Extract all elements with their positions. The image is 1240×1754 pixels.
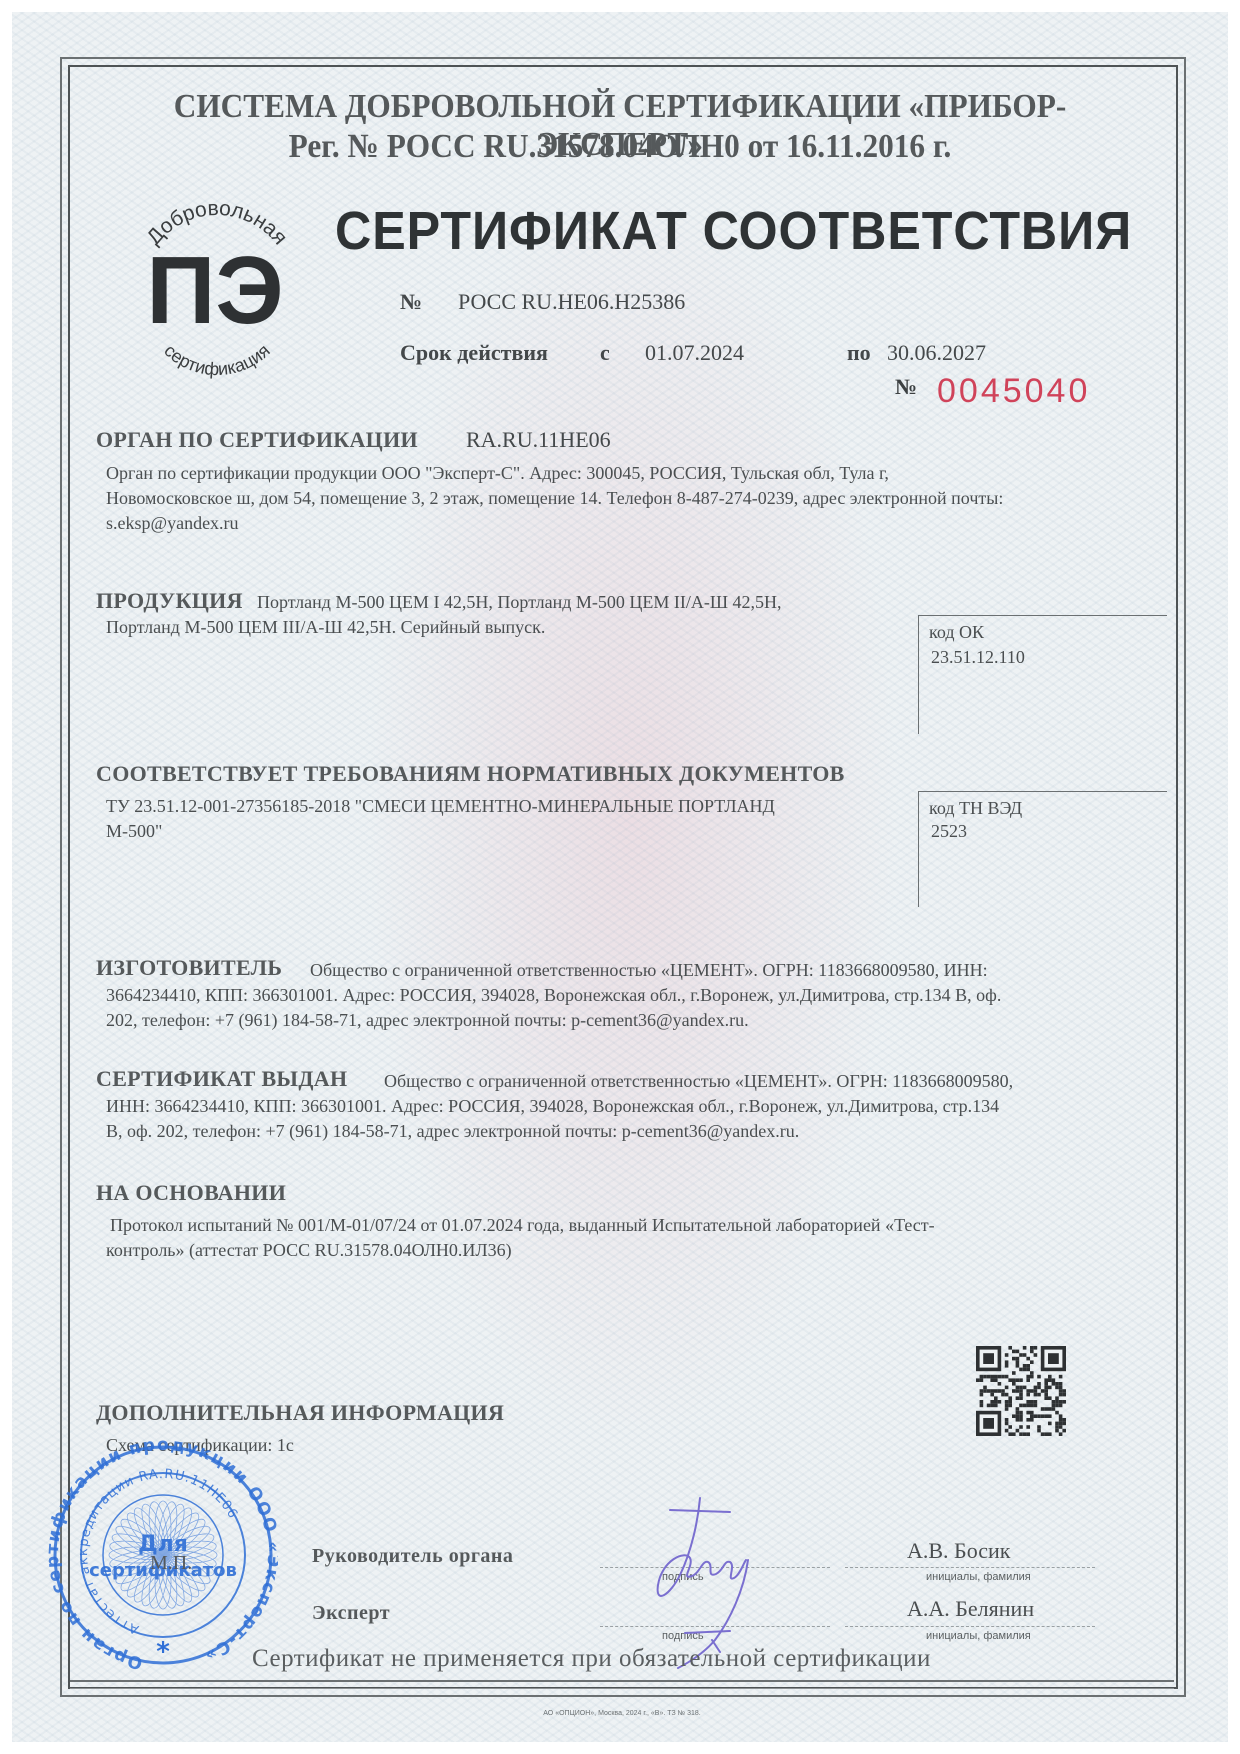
manufacturer-line-1: Общество с ограниченной ответственностью… xyxy=(310,958,988,983)
issued-to-line-1: Общество с ограниченной ответственностью… xyxy=(384,1069,1013,1094)
system-registration: Рег. № РОСС RU.31578.04ОЛН0 от 16.11.201… xyxy=(114,128,1126,166)
head-name-caption: инициалы, фамилия xyxy=(926,1571,1031,1583)
certification-body-code: RA.RU.11НЕ06 xyxy=(466,427,611,453)
okpd-code-value: 23.51.12.110 xyxy=(919,643,1167,668)
certification-body-heading: ОРГАН ПО СЕРТИФИКАЦИИ xyxy=(96,427,418,453)
basis-heading: НА ОСНОВАНИИ xyxy=(96,1180,286,1206)
product-heading: ПРОДУКЦИЯ xyxy=(96,588,243,614)
expert-label: Эксперт xyxy=(312,1602,390,1625)
pe-logo: Добровольная ПЭ сертификация xyxy=(130,195,300,395)
expert-name-caption: инициалы, фамилия xyxy=(926,1630,1031,1642)
product-line-1: Портланд М-500 ЦЕМ I 42,5Н, Портланд М-5… xyxy=(257,590,782,615)
certification-body-line-2: Новомосковское ш, дом 54, помещение 3, 2… xyxy=(106,486,1003,511)
okpd-code-label: код ОК xyxy=(919,616,1167,643)
serial-number-label: № xyxy=(895,374,917,400)
validity-label: Срок действия xyxy=(400,340,548,366)
basis-line-2: контроль» (аттестат РОСС RU.31578.04ОЛН0… xyxy=(106,1238,512,1263)
issued-to-line-3: В, оф. 202, телефон: +7 (961) 184-58-71,… xyxy=(106,1119,799,1144)
tnved-code-value: 2523 xyxy=(919,819,1167,842)
logo-mark: ПЭ xyxy=(146,237,283,344)
additional-info-heading: ДОПОЛНИТЕЛЬНАЯ ИНФОРМАЦИЯ xyxy=(96,1400,504,1426)
okpd-code-box: код ОК 23.51.12.110 xyxy=(918,615,1167,734)
valid-to-date: 30.06.2027 xyxy=(887,340,986,366)
serial-number: 0045040 xyxy=(937,372,1090,411)
certificate-title: СЕРТИФИКАТ СООТВЕТСТВИЯ xyxy=(335,200,1132,262)
disclaimer: Сертификат не применяется при обязательн… xyxy=(252,1645,931,1673)
compliance-heading: СООТВЕТСТВУЕТ ТРЕБОВАНИЯМ НОРМАТИВНЫХ ДО… xyxy=(96,761,845,787)
expert-name: А.А. Белянин xyxy=(907,1596,1034,1622)
basis-line-1: Протокол испытаний № 001/М-01/07/24 от 0… xyxy=(110,1213,935,1238)
issued-to-heading: СЕРТИФИКАТ ВЫДАН xyxy=(96,1066,347,1092)
tnved-code-box: код ТН ВЭД 2523 xyxy=(918,791,1167,907)
product-line-2: Портланд М-500 ЦЕМ III/А-Ш 42,5Н. Серийн… xyxy=(106,615,545,640)
svg-text:сертификация: сертификация xyxy=(160,340,273,379)
validity-from-label: с xyxy=(600,340,610,366)
head-name: А.В. Босик xyxy=(907,1538,1010,1564)
manufacturer-line-3: 202, телефон: +7 (961) 184-58-71, адрес … xyxy=(106,1008,749,1033)
svg-text:*: * xyxy=(156,1637,170,1667)
issued-to-line-2: ИНН: 3664234410, КПП: 366301001. Адрес: … xyxy=(106,1094,999,1119)
validity-to-label: по xyxy=(847,340,871,366)
footer-rule-thin xyxy=(70,1688,1174,1689)
qr-code xyxy=(976,1346,1066,1436)
certification-body-email: s.eksp@yandex.ru xyxy=(106,511,239,536)
manufacturer-line-2: 3664234410, КПП: 366301001. Адрес: РОССИ… xyxy=(106,983,1001,1008)
cert-number-label: № xyxy=(400,289,422,315)
compliance-line-1: ТУ 23.51.12-001-27356185-2018 "СМЕСИ ЦЕМ… xyxy=(106,794,775,819)
head-of-body-label: Руководитель органа xyxy=(312,1545,513,1568)
printer-imprint: АО «ОПЦИОН», Москва, 2024 г., «В». ТЗ № … xyxy=(70,1710,1174,1717)
seal-place-label: М.П. xyxy=(150,1552,192,1575)
manufacturer-heading: ИЗГОТОВИТЕЛЬ xyxy=(96,955,282,981)
compliance-line-2: М-500" xyxy=(106,819,162,844)
logo-bottom-arc: сертификация xyxy=(160,340,273,379)
head-name-line xyxy=(845,1567,1095,1568)
valid-from-date: 01.07.2024 xyxy=(645,340,744,366)
cert-number: РОСС RU.НЕ06.Н25386 xyxy=(458,289,685,315)
footer-rule-thick xyxy=(70,1680,1174,1682)
certification-body-line-1: Орган по сертификации продукции ООО "Экс… xyxy=(106,461,889,486)
tnved-code-label: код ТН ВЭД xyxy=(919,792,1167,819)
expert-name-line xyxy=(845,1626,1095,1627)
